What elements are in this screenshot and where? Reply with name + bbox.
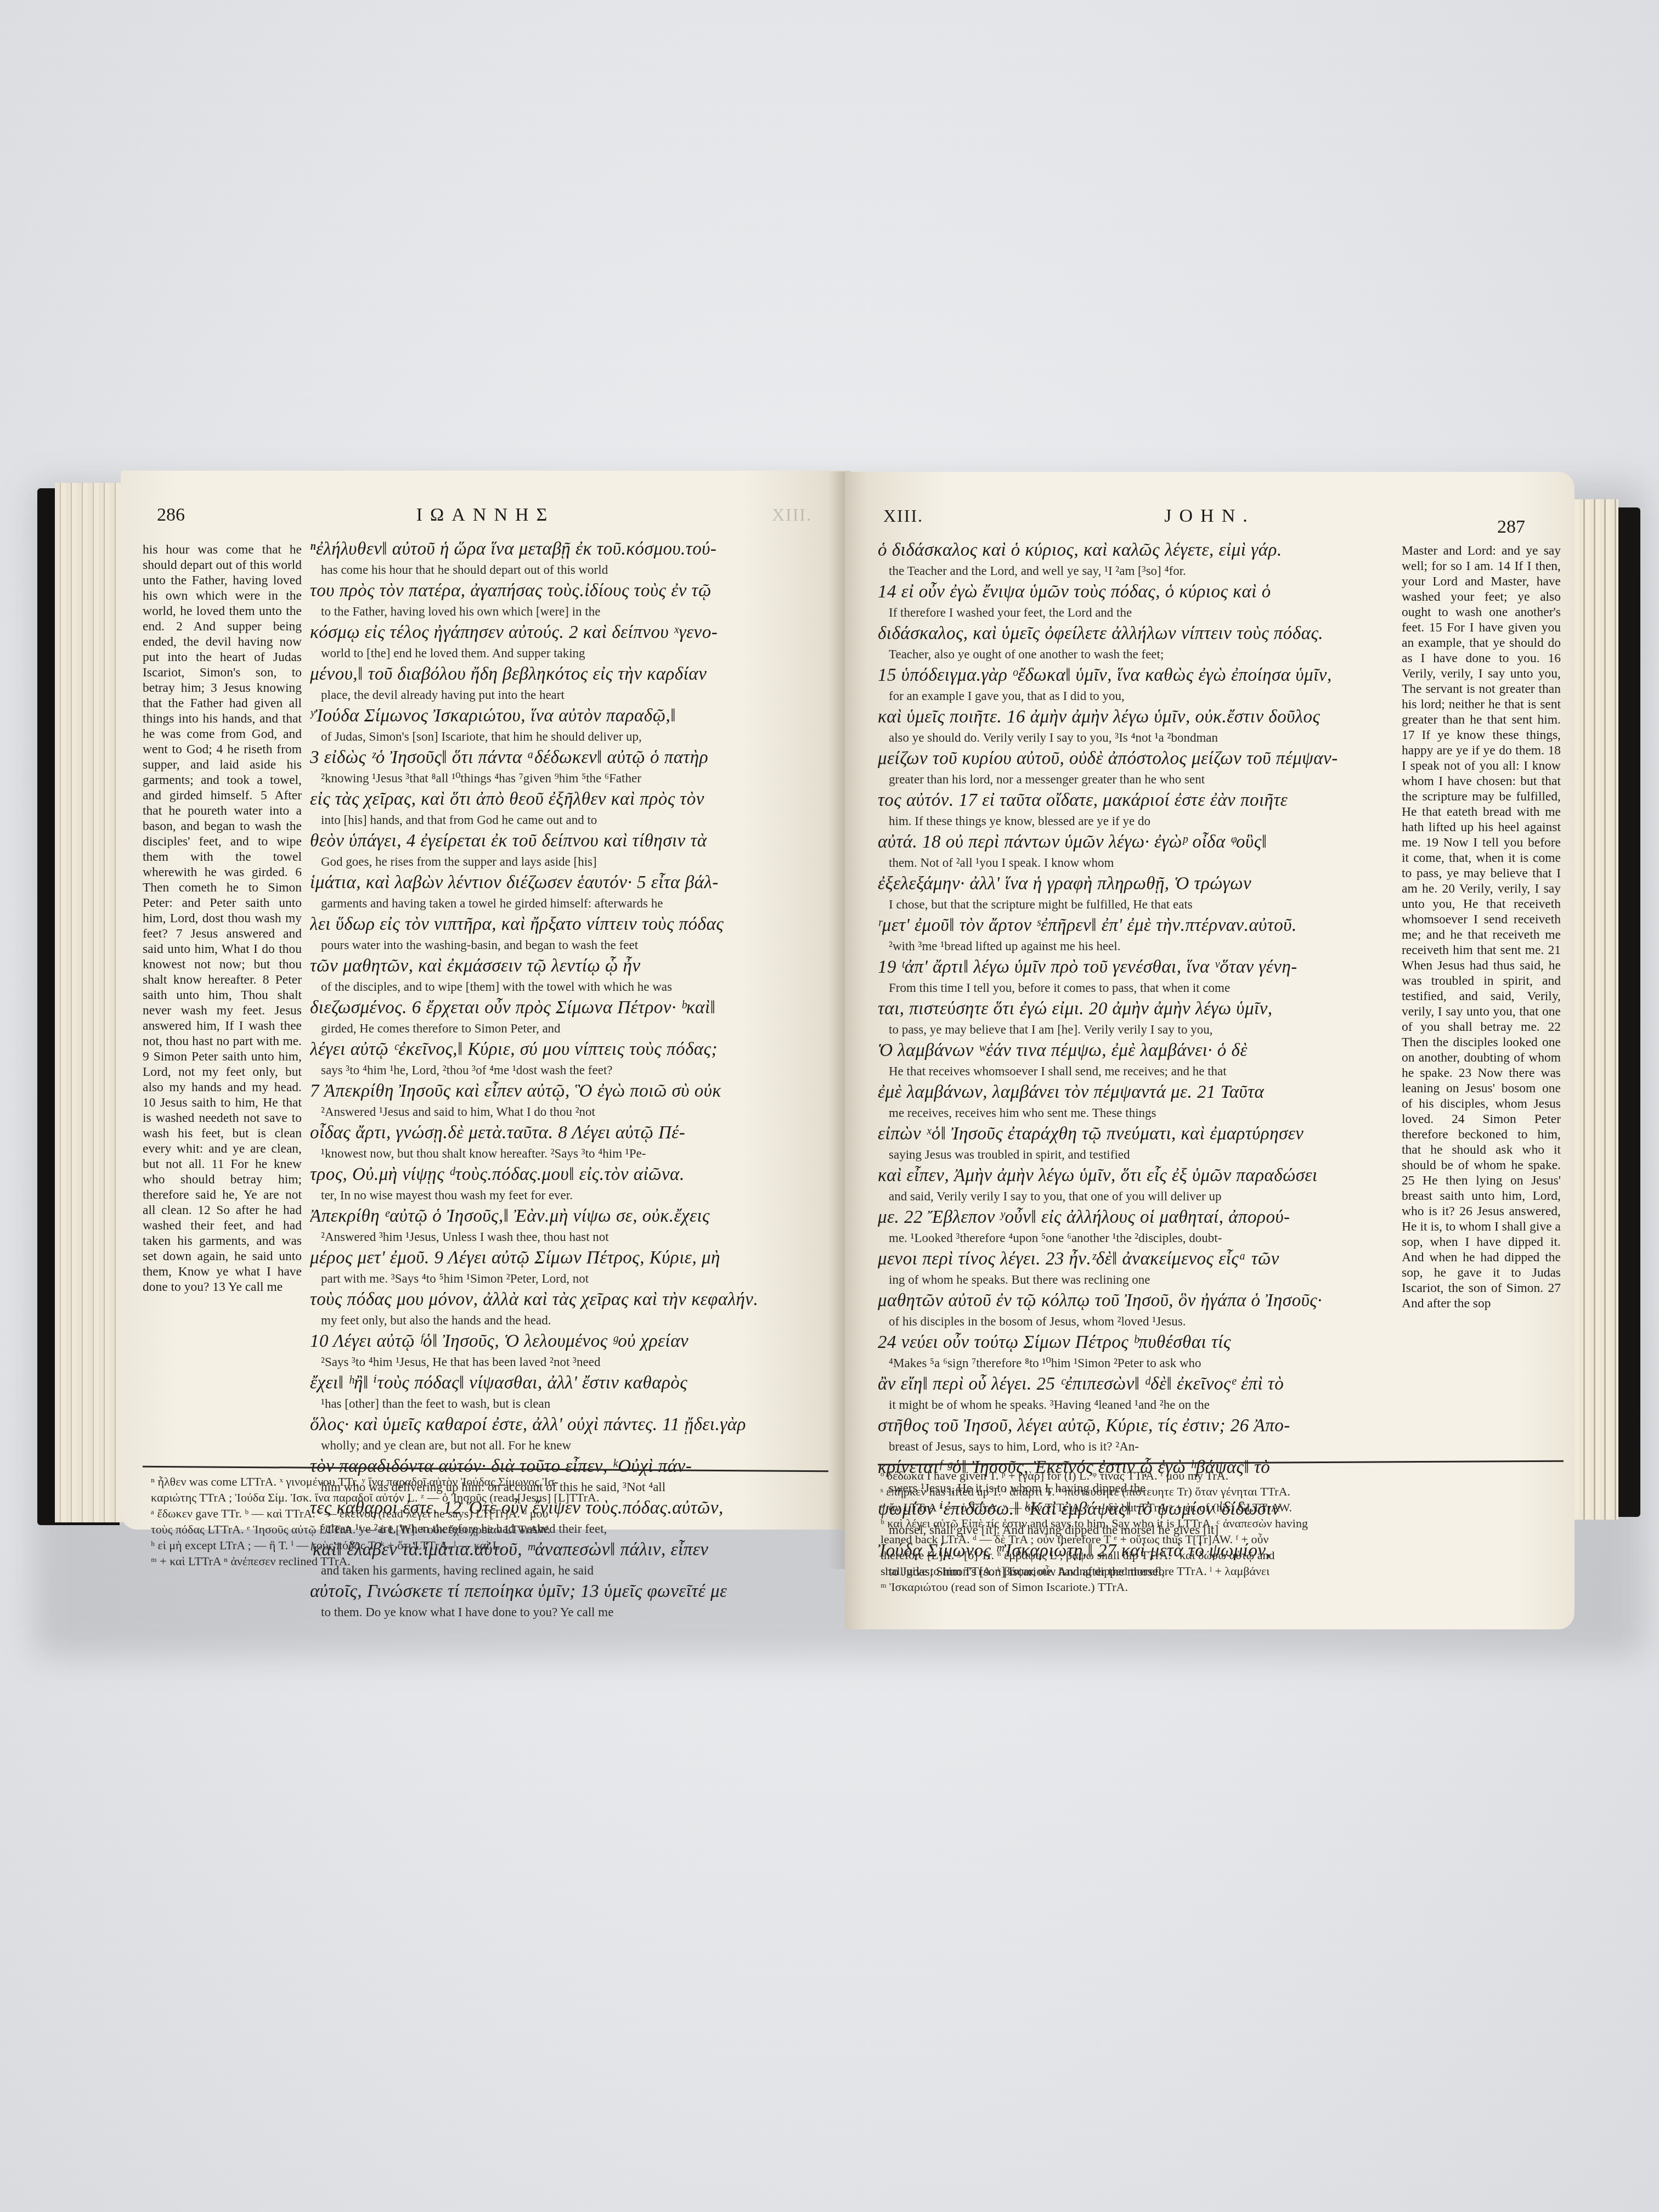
greek-line: 14 εἰ οὖν ἐγὼ ἔνιψα ὑμῶν τοὺς πόδας, ὁ κ… [878, 579, 1402, 605]
english-gloss-line: of the disciples, and to wipe [them] wit… [310, 979, 837, 995]
greek-line: ὅλος· καὶ ὑμεῖς καθαροί ἐστε, ἀλλ' οὐχὶ … [310, 1412, 837, 1437]
english-gloss-line: greater than his lord, nor a messenger g… [878, 771, 1402, 788]
footnote-line: ⁿ ἦλθεν was come LTTrA. ˣ γινομένου TTr.… [151, 1474, 831, 1489]
english-gloss-line: He that receives whomsoever I shall send… [878, 1063, 1402, 1080]
greek-line: ʸἸούδα Σίμωνος Ἰσκαριώτου, ἵνα αὐτὸν παρ… [310, 703, 837, 729]
footnote-line: ᵐ + καὶ LTTrA ⁿ ἀνέπεσεν reclined TTrA. [151, 1553, 831, 1569]
english-gloss-line: me. ¹Looked ³therefore ⁴upon ⁵one ⁶anoth… [878, 1230, 1402, 1246]
english-gloss-line: of his disciples in the bosom of Jesus, … [878, 1313, 1402, 1330]
english-gloss-line: ter, In no wise mayest thou wash my feet… [310, 1187, 837, 1204]
greek-line: μαθητῶν αὐτοῦ ἐν τῷ κόλπῳ τοῦ Ἰησοῦ, ὃν … [878, 1288, 1402, 1313]
left-page-header: 286 ΙΩΑΝΝΗΣ XIII. [154, 505, 817, 532]
greek-line: του πρὸς τὸν πατέρα, ἀγαπήσας τοὺς.ἰδίου… [310, 578, 837, 603]
greek-line: τῶν μαθητῶν, καὶ ἐκμάσσειν τῷ λεντίῳ ᾧ ἦ… [310, 953, 837, 979]
right-page-header: XIII. JOHN. 287 [878, 506, 1542, 533]
greek-line: Ἀπεκρίθη ᵉαὐτῷ ὁ Ἰησοῦς,‖ Ἐὰν.μὴ νίψω σε… [310, 1204, 837, 1229]
greek-line: διδάσκαλος, καὶ ὑμεῖς ὀφείλετε ἀλλήλων ν… [878, 621, 1402, 646]
english-gloss-line: ²with ³me ¹bread lifted up against me hi… [878, 938, 1402, 955]
english-gloss-line: ⁴Makes ⁵a ⁶sign ⁷therefore ⁸to ¹⁰him ¹Si… [878, 1355, 1402, 1372]
english-gloss-line: ²Answered ³him ¹Jesus, Unless I wash the… [310, 1229, 837, 1245]
english-gloss-line: him. If these things ye know, blessed ar… [878, 813, 1402, 830]
english-gloss-line: I chose, but that the scripture might be… [878, 896, 1402, 913]
greek-line: 10 Λέγει αὐτῷ ᶠὁ‖ Ἰησοῦς, Ὁ λελουμένος ᵍ… [310, 1329, 837, 1354]
greek-line: λει ὕδωρ εἰς τὸν νιπτῆρα, καὶ ἤρξατο νίπ… [310, 912, 837, 937]
english-gloss-line: If therefore I washed your feet, the Lor… [878, 605, 1402, 621]
greek-line: ται, πιστεύσητε ὅτι ἐγώ εἰμι. 20 ἀμὴν ἀμ… [878, 996, 1402, 1022]
english-gloss-line: place, the devil already having put into… [310, 687, 837, 703]
footnote-line: ʷ ἄν LTTrA ˣ — ὁ TTrA. ʸ — οὖν T[Tr]A. ᶻ… [881, 1499, 1561, 1515]
greek-line: λέγει αὐτῷ ᶜἐκεῖνος,‖ Κύριε, σύ μου νίπτ… [310, 1037, 837, 1062]
english-gloss-line: garments and having taken a towel he gir… [310, 895, 837, 912]
running-title: ΙΩΑΝΝΗΣ [154, 505, 817, 526]
english-gloss-line: God goes, he rises from the supper and l… [310, 854, 837, 870]
english-gloss-line: world to [the] end he loved them. And su… [310, 645, 837, 662]
english-gloss-line: them. Not of ²all ¹you I speak. I know w… [878, 855, 1402, 871]
greek-line: Ὁ λαμβάνων ʷἐάν τινα πέμψω, ἐμὲ λαμβάνει… [878, 1038, 1402, 1063]
english-gloss-line: ²knowing ¹Jesus ³that ⁸all ¹⁰things ⁴has… [310, 770, 837, 787]
greek-line: ἐμὲ λαμβάνων, λαμβάνει τὸν πέμψαντά με. … [878, 1080, 1402, 1105]
english-gloss-line: of Judas, Simon's [son] Iscariote, that … [310, 729, 837, 745]
english-gloss-line: Teacher, also ye ought of one another to… [878, 646, 1402, 663]
english-gloss-line: to pass, ye may believe that I am [he]. … [878, 1022, 1402, 1038]
greek-line: αὐτά. 18 οὐ περὶ πάντων ὑμῶν λέγω· ἐγὼᵖ … [878, 830, 1402, 855]
greek-line: ἐξελεξάμην· ἀλλ' ἵνα ἡ γραφὴ πληρωθῇ, Ὁ … [878, 871, 1402, 896]
greek-line: ⁿἐλήλυθεν‖ αὐτοῦ ἡ ὥρα ἵνα μεταβῇ ἐκ τοῦ… [310, 537, 837, 562]
greek-line: διεζωσμένος. 6 ἔρχεται οὖν πρὸς Σίμωνα Π… [310, 995, 837, 1020]
english-gloss-line: wholly; and ye clean are, but not all. F… [310, 1437, 837, 1454]
english-gloss-line: breast of Jesus, says to him, Lord, who … [878, 1438, 1402, 1455]
english-gloss-line: to the Father, having loved his own whic… [310, 603, 837, 620]
english-gloss-line: it might be of whom he speaks. ³Having ⁴… [878, 1397, 1402, 1413]
english-gloss-line: the Teacher and the Lord, and well ye sa… [878, 563, 1402, 579]
greek-line: μείζων τοῦ κυρίου αὐτοῦ, οὐδὲ ἀπόστολος … [878, 746, 1402, 771]
greek-line: μενοι περὶ τίνος λέγει. 23 ἦν.ᶻδὲ‖ ἀνακε… [878, 1246, 1402, 1272]
greek-line: κόσμῳ εἰς τέλος ἠγάπησεν αὐτούς. 2 καὶ δ… [310, 620, 837, 645]
greek-line: 7 Ἀπεκρίθη Ἰησοῦς καὶ εἶπεν αὐτῷ, Ὃ ἐγὼ … [310, 1079, 837, 1104]
greek-line: μέρος μετ' ἐμοῦ. 9 Λέγει αὐτῷ Σίμων Πέτρ… [310, 1245, 837, 1271]
english-gloss-line: pours water into the washing-basin, and … [310, 937, 837, 953]
footnote-line: therefore [L]A. ᵍ [ὁ] Tr. ʰ ἐμβάψας L ; … [881, 1547, 1561, 1563]
footnotes-block: ᵒ δέδωκα I have given T. ᵖ + [γὰρ] for (… [881, 1468, 1561, 1595]
running-title: JOHN. [878, 506, 1542, 527]
greek-line: εἰπὼν ˣὁ‖ Ἰησοῦς ἐταράχθη τῷ πνεύματι, κ… [878, 1121, 1402, 1147]
left-page: 286 ΙΩΑΝΝΗΣ XIII. his hour was come that… [121, 471, 850, 1530]
greek-line: 19 ᵗἀπ' ἄρτι‖ λέγω ὑμῖν πρὸ τοῦ γενέσθαι… [878, 955, 1402, 980]
greek-line: ἔχει‖ ʰἢ‖ ⁱτοὺς πόδας‖ νίψασθαι, ἀλλ' ἔσ… [310, 1370, 837, 1396]
greek-line: τρος, Οὐ.μὴ νίψῃς ᵈτοὺς.πόδας.μου‖ εἰς.τ… [310, 1162, 837, 1187]
page-edges-left [55, 483, 126, 1522]
greek-line: αὐτοῖς, Γινώσκετε τί πεποίηκα ὑμῖν; 13 ὑ… [310, 1579, 837, 1604]
english-gloss-line: saying Jesus was troubled in spirit, and… [878, 1147, 1402, 1163]
english-gloss-line: also ye should do. Verily verily I say t… [878, 730, 1402, 746]
greek-line: οἶδας ἄρτι, γνώσῃ.δὲ μετὰ.ταῦτα. 8 Λέγει… [310, 1120, 837, 1145]
greek-line: στῆθος τοῦ Ἰησοῦ, λέγει αὐτῷ, Κύριε, τίς… [878, 1413, 1402, 1438]
footnote-line: ˢ ἐπῆρκεν has lifted up T. ᵗ ἀπάρτι T. ᵛ… [881, 1483, 1561, 1499]
greek-line: τος αὐτόν. 17 εἰ ταῦτα οἴδατε, μακάριοί … [878, 788, 1402, 813]
footnote-line: ᵇ καὶ λέγει αὐτῷ Εἰπὲ τίς ἐστιν and says… [881, 1515, 1561, 1531]
english-gloss-line: me receives, receives him who sent me. T… [878, 1105, 1402, 1121]
english-gloss-line: ¹knowest now, but thou shalt know hereaf… [310, 1145, 837, 1162]
english-gloss-line: for an example I gave you, that as I did… [878, 688, 1402, 704]
greek-line: ἂν εἴη‖ περὶ οὗ λέγει. 25 ᶜἐπιπεσὼν‖ ᵈδὲ… [878, 1372, 1402, 1397]
interlinear-text-block: ⁿἐλήλυθεν‖ αὐτοῦ ἡ ὥρα ἵνα μεταβῇ ἐκ τοῦ… [310, 537, 837, 1621]
footnote-line: ᵃ ἔδωκεν gave TTr. ᵇ — καὶ TTrA. ᶜ — ἐκε… [151, 1505, 831, 1521]
english-side-column: Master and Lord: and ye say well; for so… [1402, 543, 1561, 1311]
footnote-line: shall give to him TTrA. ᵏ βάψας οὖν havi… [881, 1563, 1561, 1579]
greek-line: 15 ὑπόδειγμα.γὰρ ᵒἔδωκα‖ ὑμῖν, ἵνα καθὼς… [878, 663, 1402, 688]
english-side-column: his hour was come that he should depart … [143, 542, 302, 1295]
footnote-line: ᵐ Ἰσκαριώτου (read son of Simon Iscariot… [881, 1579, 1561, 1595]
greek-line: τοὺς πόδας μου μόνον, ἀλλὰ καὶ τὰς χεῖρα… [310, 1287, 837, 1312]
english-gloss-line: From this time I tell you, before it com… [878, 980, 1402, 996]
greek-line: ʳμετ' ἐμοῦ‖ τὸν ἄρτον ˢἐπῆρεν‖ ἐπ' ἐμὲ τ… [878, 913, 1402, 938]
chapter-number: XIII. [772, 505, 812, 525]
greek-line: καὶ εἶπεν, Ἀμὴν ἀμὴν λέγω ὑμῖν, ὅτι εἷς … [878, 1163, 1402, 1188]
greek-line: μένου,‖ τοῦ διαβόλου ἤδη βεβληκότος εἰς … [310, 662, 837, 687]
footnote-line: ʰ εἰ μὴ except LTrA ; — ἢ T. ⁱ — τοὺς πό… [151, 1537, 831, 1553]
english-gloss-line: to them. Do ye know what I have done to … [310, 1604, 837, 1621]
english-gloss-line: ing of whom he speaks. But there was rec… [878, 1272, 1402, 1288]
page-number: 287 [1497, 517, 1525, 538]
english-gloss-line: ²Says ³to ⁴him ¹Jesus, He that has been … [310, 1354, 837, 1370]
greek-line: θεὸν ὑπάγει, 4 ἐγείρεται ἐκ τοῦ δείπνου … [310, 828, 837, 854]
english-gloss-line: into [his] hands, and that from God he c… [310, 812, 837, 828]
english-gloss-line: ²Answered ¹Jesus and said to him, What I… [310, 1104, 837, 1120]
interlinear-text-block: ὁ διδάσκαλος καὶ ὁ κύριος, καὶ καλῶς λέγ… [878, 538, 1402, 1580]
greek-line: εἰς τὰς χεῖρας, καὶ ὅτι ἀπὸ θεοῦ ἐξῆλθεν… [310, 787, 837, 812]
english-gloss-line: part with me. ³Says ⁴to ⁵him ¹Simon ²Pet… [310, 1271, 837, 1287]
english-gloss-line: girded, He comes therefore to Simon Pete… [310, 1020, 837, 1037]
greek-line: ἱμάτια, καὶ λαβὼν λέντιον διέζωσεν ἑαυτό… [310, 870, 837, 895]
english-gloss-line: ¹has [other] than the feet to wash, but … [310, 1396, 837, 1412]
greek-line: 24 νεύει οὖν τούτῳ Σίμων Πέτρος ᵇπυθέσθα… [878, 1330, 1402, 1355]
english-gloss-line: my feet only, but also the hands and the… [310, 1312, 837, 1329]
english-gloss-line: has come his hour that he should depart … [310, 562, 837, 578]
greek-line: με. 22 Ἔβλεπον ʸοὖν‖ εἰς ἀλλήλους οἱ μαθ… [878, 1205, 1402, 1230]
english-gloss-line: says ³to ⁴him ¹he, Lord, ²thou ³of ⁴me ¹… [310, 1062, 837, 1079]
greek-line: καὶ ὑμεῖς ποιῆτε. 16 ἀμὴν ἀμὴν λέγω ὑμῖν… [878, 704, 1402, 730]
footnote-line: τοὺς πόδας LTTrA. ᵉ Ἰησοῦς αὐτῷ LTTrA. ᶠ… [151, 1521, 831, 1537]
greek-line: 3 εἰδὼς ᶻὁ Ἰησοῦς‖ ὅτι πάντα ᵃδέδωκεν‖ α… [310, 745, 837, 770]
english-gloss-line: and said, Verily verily I say to you, th… [878, 1188, 1402, 1205]
right-page: XIII. JOHN. 287 ὁ διδάσκαλος καὶ ὁ κύριο… [845, 472, 1575, 1629]
footnote-line: καριώτης TTrA ; Ἰούδα Σίμ. Ἰσκ. ἵνα παρα… [151, 1489, 831, 1505]
greek-line: ὁ διδάσκαλος καὶ ὁ κύριος, καὶ καλῶς λέγ… [878, 538, 1402, 563]
footnotes-block: ⁿ ἦλθεν was come LTTrA. ˣ γινομένου TTr.… [151, 1474, 831, 1569]
footnote-line: ᵒ δέδωκα I have given T. ᵖ + [γὰρ] for (… [881, 1468, 1561, 1483]
footnote-line: leaned back LTrA. ᵈ — δὲ TrA ; οὖν there… [881, 1531, 1561, 1547]
